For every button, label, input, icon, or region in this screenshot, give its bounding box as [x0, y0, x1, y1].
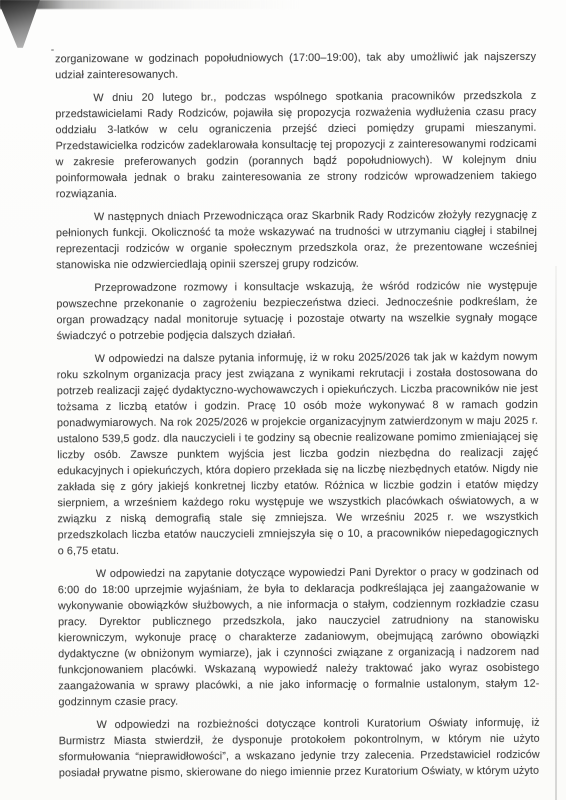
page-edge-shadow	[555, 266, 557, 800]
paragraph-kuratorium-control: W odpowiedzi na rozbieżności dotyczące k…	[59, 715, 540, 782]
letter-body: zorganizowane w godzinach popołudniowych…	[55, 49, 540, 789]
paragraph-director-working-hours: W odpowiedzi na zapytanie dotyczące wypo…	[58, 564, 540, 711]
paragraph-resignations: W następnych dniach Przewodnicząca oraz …	[56, 207, 537, 274]
scan-edge-smudge	[0, 0, 300, 9]
paragraph-meeting-20-february: W dniu 20 lutego br., podczas wspólnego …	[55, 88, 537, 203]
paragraph-continuation: zorganizowane w godzinach popołudniowych…	[55, 49, 536, 84]
scanned-page: zorganizowane w godzinach popołudniowych…	[0, 0, 566, 800]
scan-speck	[51, 49, 54, 51]
paragraph-staffing-hours: W odpowiedzi na dalsze pytania informuję…	[57, 349, 539, 560]
paragraph-consultations: Przeprowadzone rozmowy i konsultacje wsk…	[56, 278, 537, 345]
scan-corner-fold-artifact	[0, 0, 40, 48]
